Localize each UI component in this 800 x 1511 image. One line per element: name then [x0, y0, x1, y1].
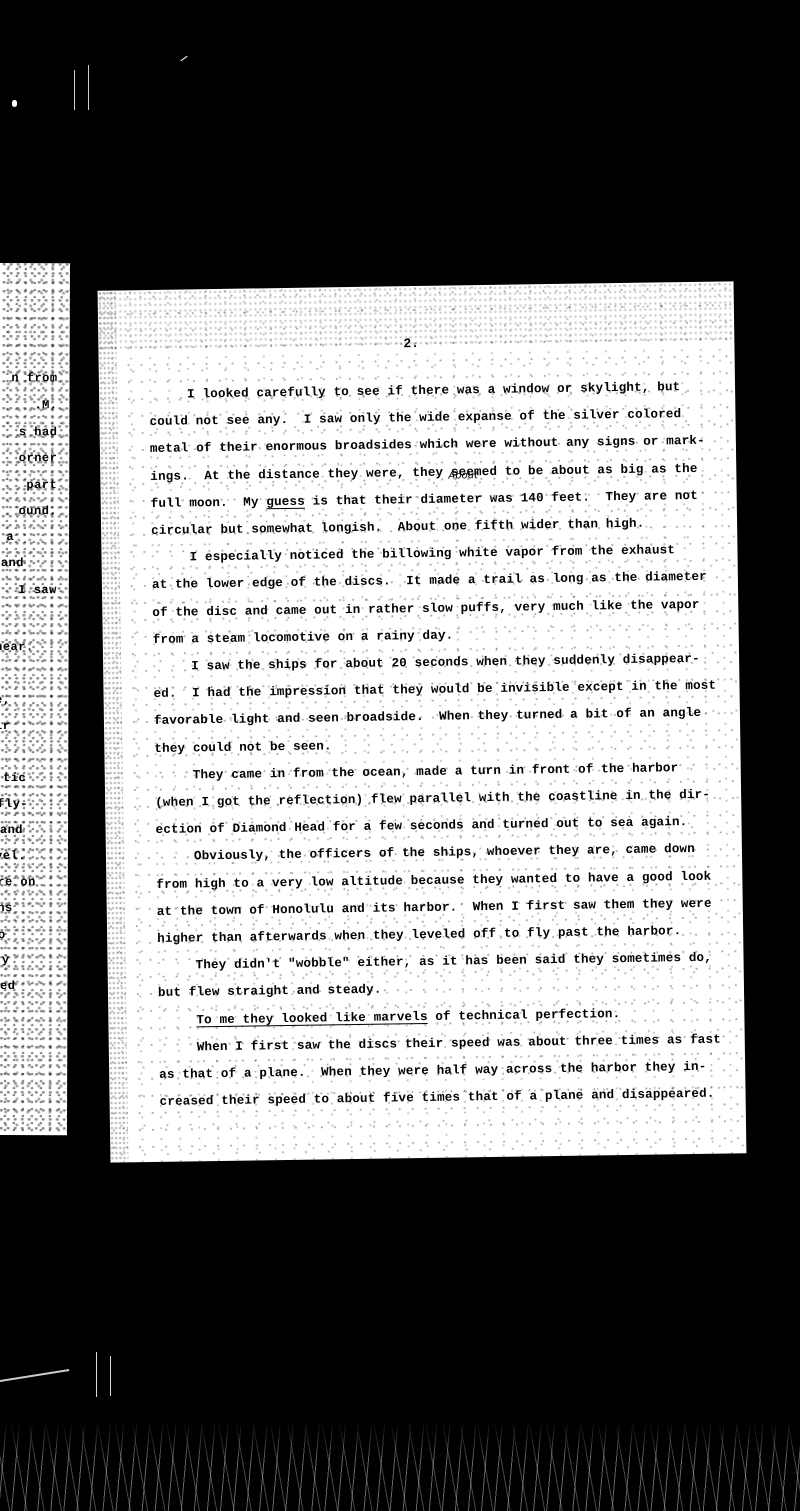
fragment-line: n from [11, 371, 57, 385]
document-body: I looked carefully to see if there was a… [149, 374, 720, 1117]
underlined-word: guess [266, 495, 305, 510]
fragment-line: s had [19, 425, 58, 439]
fragment-line: re on [0, 875, 36, 889]
fragment-line: vel. [0, 849, 26, 863]
fragment-line: part [26, 478, 57, 492]
scan-artifact-line [96, 1352, 97, 1397]
scan-artifact-mark [12, 100, 17, 107]
fragment-line: y [2, 953, 10, 967]
scan-noise-fade [0, 1420, 800, 1460]
document-page: 2. About I looked carefully to see if th… [98, 281, 747, 1162]
underlined-phrase: To me they looked like marvels [196, 1010, 427, 1027]
fragment-line: a [6, 530, 14, 544]
fragment-line: tic [3, 771, 26, 785]
fragment-line: near. [0, 640, 34, 654]
scan-artifact-line [74, 70, 75, 110]
fragment-line: orner [19, 451, 58, 465]
fragment-line: ed [0, 979, 15, 993]
fragment-line: se, [0, 693, 10, 707]
fragment-line: o [0, 928, 6, 942]
fragment-line: I saw [18, 583, 57, 597]
page-number: 2. [403, 336, 419, 351]
fragment-line: .M. [34, 398, 57, 412]
fragment-line: ound. [19, 504, 58, 518]
adjacent-page-fragment: n from .M. s had orner part ound. a and … [0, 263, 70, 1135]
scan-artifact-line [88, 65, 89, 110]
fragment-line: fly- [0, 797, 28, 811]
fragment-line: and [0, 823, 23, 837]
scan-artifact-mark [0, 1369, 69, 1382]
fragment-line: and [1, 556, 24, 570]
scan-artifact-line [110, 1356, 111, 1396]
scan-artifact-mark [180, 56, 187, 61]
fragment-line: ns [0, 901, 13, 915]
fragment-line: ir [0, 719, 10, 733]
